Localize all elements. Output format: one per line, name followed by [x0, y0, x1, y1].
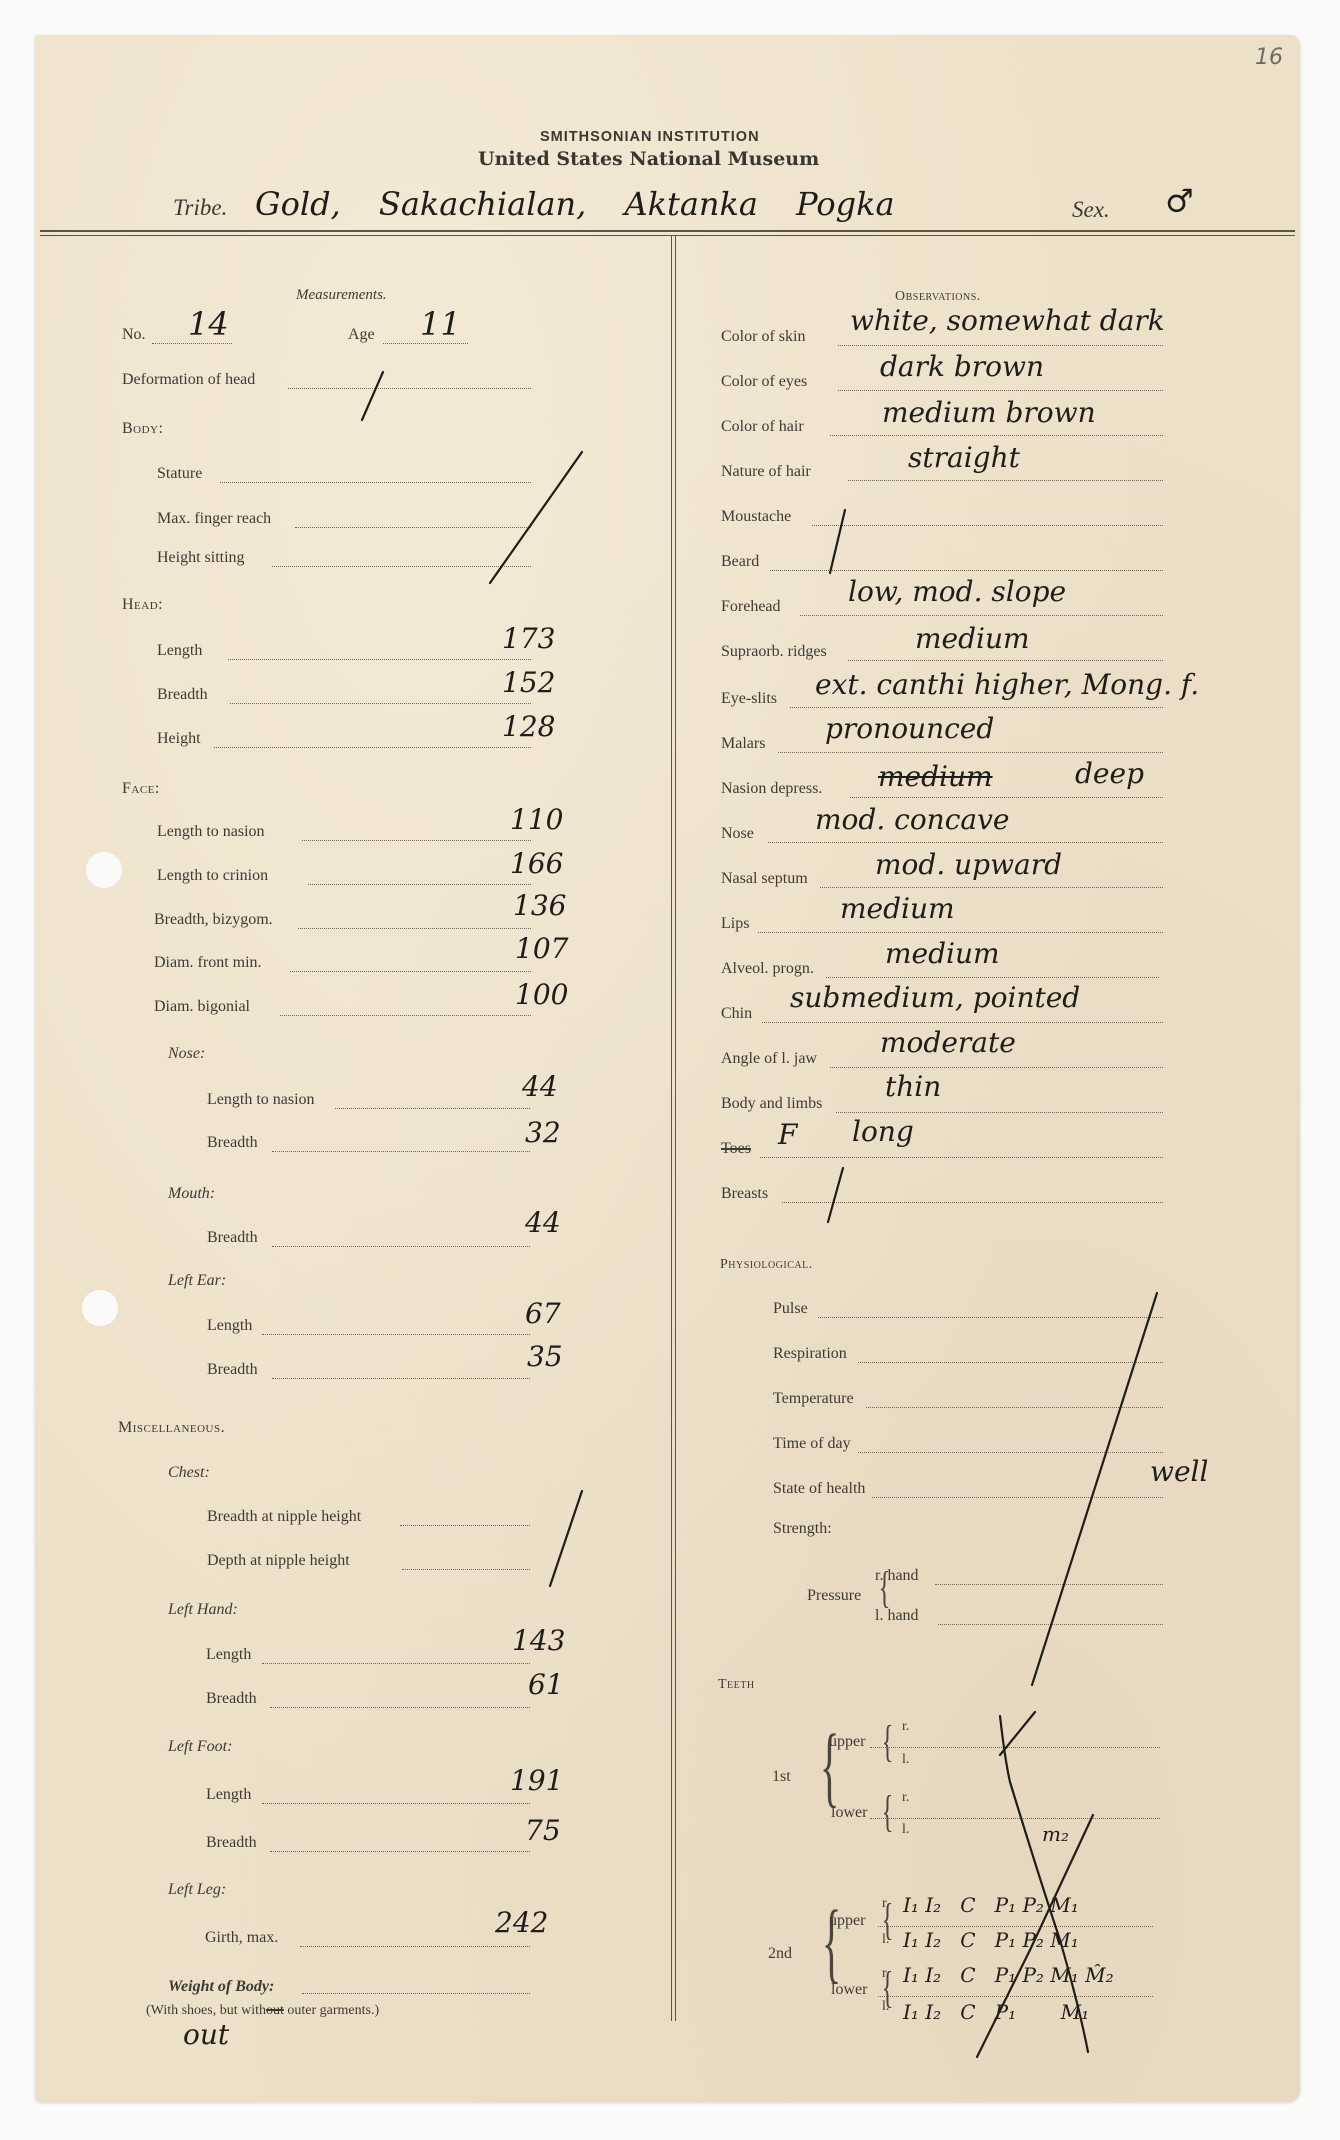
obs-hair-color-line: [830, 435, 1163, 436]
teeth-first-lower-l: l.: [902, 1822, 909, 1838]
teeth-first-lower-label: lower: [831, 1804, 867, 1822]
face-diam-bigonial-value: 100: [515, 978, 568, 1011]
obs-hair-color-value: medium brown: [882, 396, 1096, 429]
health-value: well: [1150, 1455, 1208, 1488]
obs-lips-line: [758, 932, 1163, 933]
teeth-first-lower-line: [870, 1818, 1160, 1819]
obs-jaw-label: Angle of l. jaw: [721, 1050, 817, 1068]
obs-eyes-label: Color of eyes: [721, 373, 807, 391]
time-of-day-line: [858, 1452, 1163, 1453]
obs-eyes-line: [838, 390, 1163, 391]
teeth-first-upper-r: r.: [902, 1719, 909, 1735]
health-line: [872, 1497, 1163, 1498]
teeth-first-lower-r: r.: [902, 1790, 909, 1806]
obs-malars-label: Malars: [721, 735, 765, 753]
obs-nasion-label: Nasion depress.: [721, 780, 822, 798]
head-height-line: [214, 747, 531, 748]
teeth-second-upper-line: [878, 1926, 1153, 1927]
face-diam-front-min-line: [290, 971, 531, 972]
head-height-value: 128: [502, 710, 555, 743]
hand-breadth-label: Breadth: [206, 1690, 257, 1708]
institution-title: SMITHSONIAN INSTITUTION: [540, 129, 760, 145]
teeth-first-annotation: m₂: [1042, 1822, 1069, 1846]
weight-note-correction: out: [183, 2018, 229, 2051]
obs-chin-value: submedium, pointed: [790, 981, 1080, 1014]
age-value: 11: [420, 305, 461, 343]
obs-malars-value: pronounced: [825, 712, 994, 745]
obs-forehead-value: low, mod. slope: [848, 575, 1066, 608]
leg-girth-value: 242: [495, 1906, 548, 1939]
obs-toes-label-correction: F: [778, 1118, 797, 1151]
head-height-label: Height: [157, 730, 201, 748]
l-hand-line: [938, 1624, 1163, 1625]
obs-breasts-label: Breasts: [721, 1185, 768, 1203]
obs-malars-line: [778, 752, 1163, 753]
teeth-first-label: 1st: [772, 1768, 791, 1786]
nose-breadth-line: [272, 1151, 530, 1152]
foot-breadth-label: Breadth: [206, 1834, 257, 1852]
obs-nasion-line: [850, 797, 1163, 798]
face-heading: Face:: [122, 780, 160, 798]
stature-label: Stature: [157, 465, 202, 483]
obs-forehead-line: [800, 615, 1163, 616]
obs-toes-struck-label: Toes: [721, 1140, 751, 1158]
mouth-breadth-line: [272, 1246, 530, 1247]
head-breadth-value: 152: [502, 666, 555, 699]
mouth-breadth-value: 44: [525, 1206, 561, 1239]
obs-lips-value: medium: [840, 892, 955, 925]
measurements-title: Measurements.: [296, 287, 387, 304]
obs-hair-nature-label: Nature of hair: [721, 463, 811, 481]
header-rule-bottom: [40, 235, 1295, 236]
pulse-line: [818, 1317, 1163, 1318]
ear-length-value: 67: [525, 1297, 561, 1330]
r-hand-line: [935, 1584, 1163, 1585]
respiration-label: Respiration: [773, 1345, 847, 1363]
foot-length-label: Length: [206, 1786, 251, 1804]
obs-alveol-value: medium: [885, 937, 1000, 970]
column-divider-left: [671, 236, 672, 2021]
chest-heading: Chest:: [168, 1464, 210, 1482]
header-rule-top: [40, 230, 1295, 232]
obs-hair-nature-line: [848, 480, 1163, 481]
obs-body-limbs-value: thin: [885, 1070, 941, 1103]
height-sitting-label: Height sitting: [157, 549, 245, 567]
height-sitting-line: [272, 566, 531, 567]
ear-breadth-line: [272, 1378, 530, 1379]
head-length-label: Length: [157, 642, 202, 660]
left-ear-heading: Left Ear:: [168, 1272, 226, 1290]
obs-supraorb-label: Supraorb. ridges: [721, 643, 827, 661]
obs-supraorb-value: medium: [915, 622, 1030, 655]
ear-length-line: [262, 1334, 530, 1335]
face-length-nasion-label: Length to nasion: [157, 823, 265, 841]
obs-eyeslits-value: ext. canthi higher, Mong. f.: [815, 668, 1199, 701]
foot-breadth-line: [270, 1851, 530, 1852]
teeth-second-upper-r-values: I₁ I₂ C P₁ P₂ M₁: [903, 1893, 1079, 1917]
left-leg-heading: Left Leg:: [168, 1881, 226, 1899]
obs-hair-nature-value: straight: [908, 441, 1020, 474]
pulse-label: Pulse: [773, 1300, 808, 1318]
punch-hole-lower: [82, 1290, 118, 1326]
chest-depth-line: [402, 1569, 530, 1570]
chest-breadth-line: [400, 1525, 530, 1526]
finger-reach-line: [295, 527, 531, 528]
teeth-first-upper-brace: {: [882, 1720, 894, 1764]
chest-depth-label: Depth at nipple height: [207, 1552, 350, 1570]
obs-eyes-value: dark brown: [880, 350, 1044, 383]
obs-nose-line: [768, 842, 1163, 843]
head-breadth-line: [230, 703, 531, 704]
hand-length-label: Length: [206, 1646, 251, 1664]
leg-girth-line: [300, 1946, 530, 1947]
leg-girth-label: Girth, max.: [205, 1929, 278, 1947]
teeth-heading: Teeth: [718, 1677, 755, 1693]
hand-length-line: [262, 1663, 530, 1664]
obs-lips-label: Lips: [721, 915, 749, 933]
head-heading: Head:: [122, 596, 163, 614]
obs-eyeslits-line: [790, 707, 1163, 708]
temperature-line: [866, 1407, 1163, 1408]
face-length-nasion-value: 110: [510, 803, 563, 836]
strength-label: Strength:: [773, 1520, 832, 1538]
teeth-second-lower-l: l.: [882, 1999, 889, 2015]
chest-breadth-label: Breadth at nipple height: [207, 1508, 361, 1526]
deformation-label: Deformation of head: [122, 371, 255, 389]
weight-note-struck: out: [266, 2003, 284, 2018]
body-heading: Body:: [122, 420, 163, 438]
teeth-first-upper-l: l.: [902, 1752, 909, 1768]
obs-skin-value: white, somewhat dark: [850, 304, 1165, 337]
teeth-second-lower-r: r.: [882, 1966, 889, 1982]
obs-moustache-label: Moustache: [721, 508, 791, 526]
obs-jaw-line: [830, 1067, 1163, 1068]
respiration-line: [858, 1362, 1163, 1363]
face-length-crinion-line: [308, 884, 531, 885]
deformation-line: [288, 388, 531, 389]
weight-note-prefix: (With shoes, but with: [146, 2003, 266, 2018]
face-length-nasion-line: [302, 840, 531, 841]
teeth-second-upper-l: l.: [882, 1932, 889, 1948]
l-hand-label: l. hand: [875, 1607, 919, 1625]
obs-body-limbs-line: [836, 1112, 1163, 1113]
obs-skin-line: [838, 345, 1163, 346]
foot-length-line: [262, 1803, 530, 1804]
obs-nasion-value: deep: [1075, 757, 1144, 790]
hand-breadth-value: 61: [528, 1668, 564, 1701]
teeth-first-lower-brace: {: [882, 1790, 894, 1834]
obs-septum-line: [820, 887, 1163, 888]
obs-skin-label: Color of skin: [721, 328, 805, 346]
number-field-line: [152, 343, 232, 344]
teeth-second-upper-l-values: I₁ I₂ C P₁ P₂ M₁: [903, 1928, 1079, 1952]
obs-alveol-label: Alveol. progn.: [721, 960, 814, 978]
nose-breadth-value: 32: [525, 1116, 561, 1149]
observations-title: Observations.: [895, 289, 981, 305]
miscellaneous-heading: Miscellaneous.: [118, 1419, 225, 1437]
health-label: State of health: [773, 1480, 865, 1498]
obs-beard-line: [770, 570, 1163, 571]
obs-septum-value: mod. upward: [875, 848, 1062, 881]
obs-septum-label: Nasal septum: [721, 870, 808, 888]
face-length-crinion-value: 166: [510, 847, 563, 880]
nose-breadth-label: Breadth: [207, 1134, 258, 1152]
teeth-second-lower-r-values: I₁ I₂ C P₁ P₂ M₁ M̂₂: [903, 1963, 1114, 1987]
face-breadth-bizygom-line: [298, 928, 531, 929]
nose-heading: Nose:: [168, 1045, 205, 1063]
teeth-second-upper-label: upper: [829, 1912, 865, 1930]
obs-toes-value: long: [852, 1115, 914, 1148]
face-breadth-bizygom-label: Breadth, bizygom.: [154, 911, 273, 929]
column-divider-right: [675, 236, 676, 2021]
teeth-second-upper-r: r.: [882, 1896, 889, 1912]
teeth-second-lower-line: [878, 1996, 1153, 1997]
pressure-label: Pressure: [807, 1587, 861, 1605]
weight-note: (With shoes, but without outer garments.…: [146, 2003, 379, 2019]
museum-title: United States National Museum: [478, 148, 819, 170]
obs-eyeslits-label: Eye-slits: [721, 690, 777, 708]
obs-beard-label: Beard: [721, 553, 759, 571]
sex-label: Sex.: [1072, 197, 1110, 223]
face-diam-bigonial-label: Diam. bigonial: [154, 998, 250, 1016]
left-foot-heading: Left Foot:: [168, 1738, 232, 1756]
ear-breadth-value: 35: [527, 1340, 563, 1373]
teeth-first-upper-line: [870, 1747, 1160, 1748]
tribe-value: Gold, Sakachialan, Aktanka Pogka: [255, 185, 895, 223]
obs-nose-label: Nose: [721, 825, 754, 843]
teeth-second-lower-l-values: I₁ I₂ C P₁ M₁: [903, 2000, 1089, 2024]
ear-length-label: Length: [207, 1317, 252, 1335]
number-value: 14: [188, 305, 229, 343]
left-hand-heading: Left Hand:: [168, 1601, 238, 1619]
sex-value: ♂: [1165, 182, 1194, 220]
obs-toes-line: [760, 1157, 1163, 1158]
temperature-label: Temperature: [773, 1390, 854, 1408]
page-number: 16: [1255, 45, 1283, 70]
obs-forehead-label: Forehead: [721, 598, 781, 616]
obs-body-limbs-label: Body and limbs: [721, 1095, 822, 1113]
head-length-value: 173: [502, 622, 555, 655]
mouth-breadth-label: Breadth: [207, 1229, 258, 1247]
tribe-label: Tribe.: [173, 195, 227, 221]
obs-nasion-struck-value: medium: [878, 760, 993, 793]
obs-jaw-value: moderate: [880, 1026, 1016, 1059]
face-diam-front-min-value: 107: [515, 932, 568, 965]
head-breadth-label: Breadth: [157, 686, 208, 704]
punch-hole-upper: [86, 852, 122, 888]
face-diam-front-min-label: Diam. front min.: [154, 954, 262, 972]
hand-breadth-line: [270, 1707, 530, 1708]
stature-line: [220, 482, 531, 483]
age-field-line: [383, 343, 468, 344]
obs-chin-line: [762, 1022, 1163, 1023]
obs-chin-label: Chin: [721, 1005, 752, 1023]
face-diam-bigonial-line: [280, 1015, 531, 1016]
weight-note-suffix: outer garments.): [284, 2003, 379, 2018]
head-length-line: [228, 659, 531, 660]
foot-breadth-value: 75: [525, 1814, 561, 1847]
nose-length-line: [335, 1108, 530, 1109]
foot-length-value: 191: [510, 1764, 563, 1797]
obs-alveol-line: [826, 977, 1159, 978]
age-label: Age: [348, 326, 375, 344]
weight-label: Weight of Body:: [168, 1978, 274, 1996]
obs-nose-value: mod. concave: [815, 803, 1009, 836]
weight-line: [302, 1993, 530, 1994]
obs-moustache-line: [812, 525, 1163, 526]
hand-length-value: 143: [512, 1624, 565, 1657]
obs-supraorb-line: [848, 660, 1163, 661]
nose-length-label: Length to nasion: [207, 1091, 315, 1109]
face-breadth-bizygom-value: 136: [513, 889, 566, 922]
mouth-heading: Mouth:: [168, 1185, 215, 1203]
obs-hair-color-label: Color of hair: [721, 418, 804, 436]
physiological-heading: Physiological.: [720, 1257, 813, 1273]
nose-length-value: 44: [522, 1070, 558, 1103]
r-hand-label: r. hand: [875, 1567, 919, 1585]
teeth-first-upper-label: upper: [829, 1733, 865, 1751]
finger-reach-label: Max. finger reach: [157, 510, 271, 528]
teeth-second-label: 2nd: [768, 1945, 792, 1963]
time-of-day-label: Time of day: [773, 1435, 851, 1453]
teeth-second-lower-label: lower: [831, 1981, 867, 1999]
ear-breadth-label: Breadth: [207, 1361, 258, 1379]
number-label: No.: [122, 326, 146, 344]
obs-breasts-line: [782, 1202, 1163, 1203]
face-length-crinion-label: Length to crinion: [157, 867, 268, 885]
